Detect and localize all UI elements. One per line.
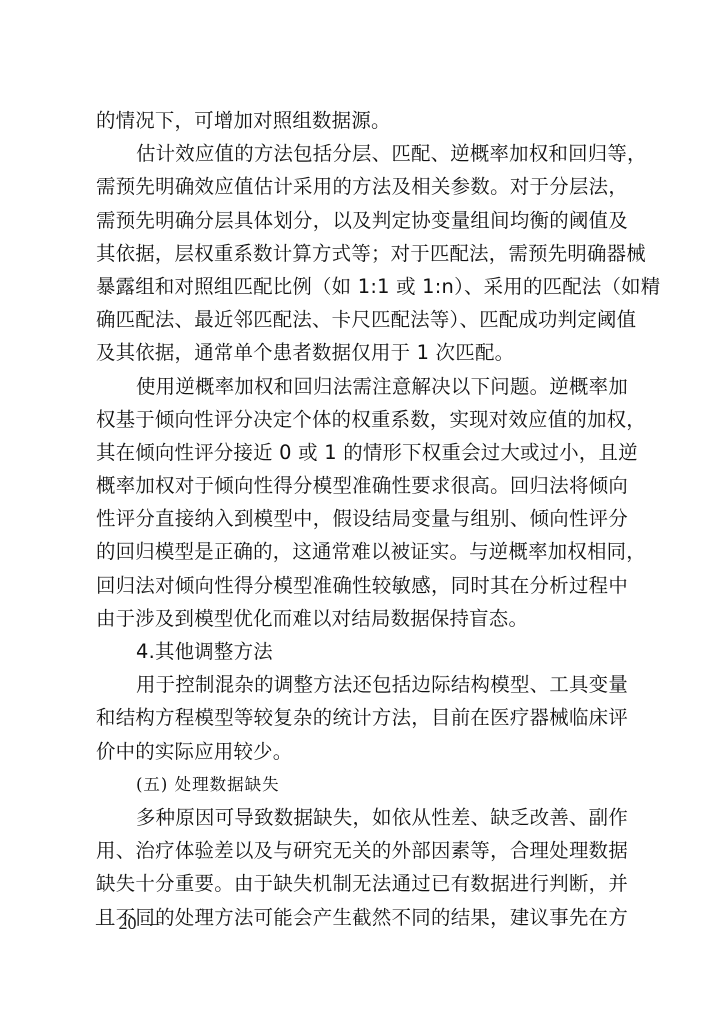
paragraph-other-methods-start: 用于控制混杂的调整方法还包括边际结构模型、工具变量 <box>96 668 628 701</box>
text-line: 的情况下，可增加对照组数据源。 <box>96 104 628 137</box>
text-line: 暴露组和对照组匹配比例（如 1:1 或 1:n）、采用的匹配法（如精 <box>96 270 628 303</box>
text-line: 其在倾向性评分接近 0 或 1 的情形下权重会过大或过小，且逆 <box>96 436 628 469</box>
text-line: 确匹配法、最近邻匹配法、卡尺匹配法等）、匹配成功判定阈值 <box>96 303 628 336</box>
section-heading-missing-data: (五) 处理数据缺失 <box>96 768 628 801</box>
text-line: 和结构方程模型等较复杂的统计方法，目前在医疗器械临床评 <box>96 701 628 734</box>
page-number: — 20 — <box>96 913 159 934</box>
text-line: 缺失十分重要。由于缺失机制无法通过已有数据进行判断，并 <box>96 867 628 900</box>
text-line: 需预先明确效应值估计采用的方法及相关参数。对于分层法， <box>96 170 628 203</box>
text-line: 性评分直接纳入到模型中，假设结局变量与组别、倾向性评分 <box>96 502 628 535</box>
paragraph-ipw-regression-start: 使用逆概率加权和回归法需注意解决以下问题。逆概率加 <box>96 370 628 403</box>
section-heading-other-methods: 4.其他调整方法 <box>96 635 628 668</box>
text-line: 其依据，层权重系数计算方式等；对于匹配法，需预先明确器械 <box>96 237 628 270</box>
text-line: 回归法对倾向性得分模型准确性较敏感，同时其在分析过程中 <box>96 569 628 602</box>
text-line: 需预先明确分层具体划分，以及判定协变量组间均衡的阈值及 <box>96 204 628 237</box>
text-line: 由于涉及到模型优化而难以对结局数据保持盲态。 <box>96 602 628 635</box>
text-line: 概率加权对于倾向性得分模型准确性要求很高。回归法将倾向 <box>96 469 628 502</box>
text-line: 用、治疗体验差以及与研究无关的外部因素等，合理处理数据 <box>96 834 628 867</box>
paragraph-missing-data-start: 多种原因可导致数据缺失，如依从性差、缺乏改善、副作 <box>96 801 628 834</box>
text-line: 且不同的处理方法可能会产生截然不同的结果，建议事先在方 <box>96 901 628 934</box>
text-line: 价中的实际应用较少。 <box>96 735 628 768</box>
text-line: 权基于倾向性评分决定个体的权重系数，实现对效应值的加权， <box>96 403 628 436</box>
text-line: 的回归模型是正确的，这通常难以被证实。与逆概率加权相同， <box>96 535 628 568</box>
document-body: 的情况下，可增加对照组数据源。 估计效应值的方法包括分层、匹配、逆概率加权和回归… <box>96 104 628 934</box>
text-line: 及其依据，通常单个患者数据仅用于 1 次匹配。 <box>96 336 628 369</box>
paragraph-effect-estimation-start: 估计效应值的方法包括分层、匹配、逆概率加权和回归等， <box>96 137 628 170</box>
